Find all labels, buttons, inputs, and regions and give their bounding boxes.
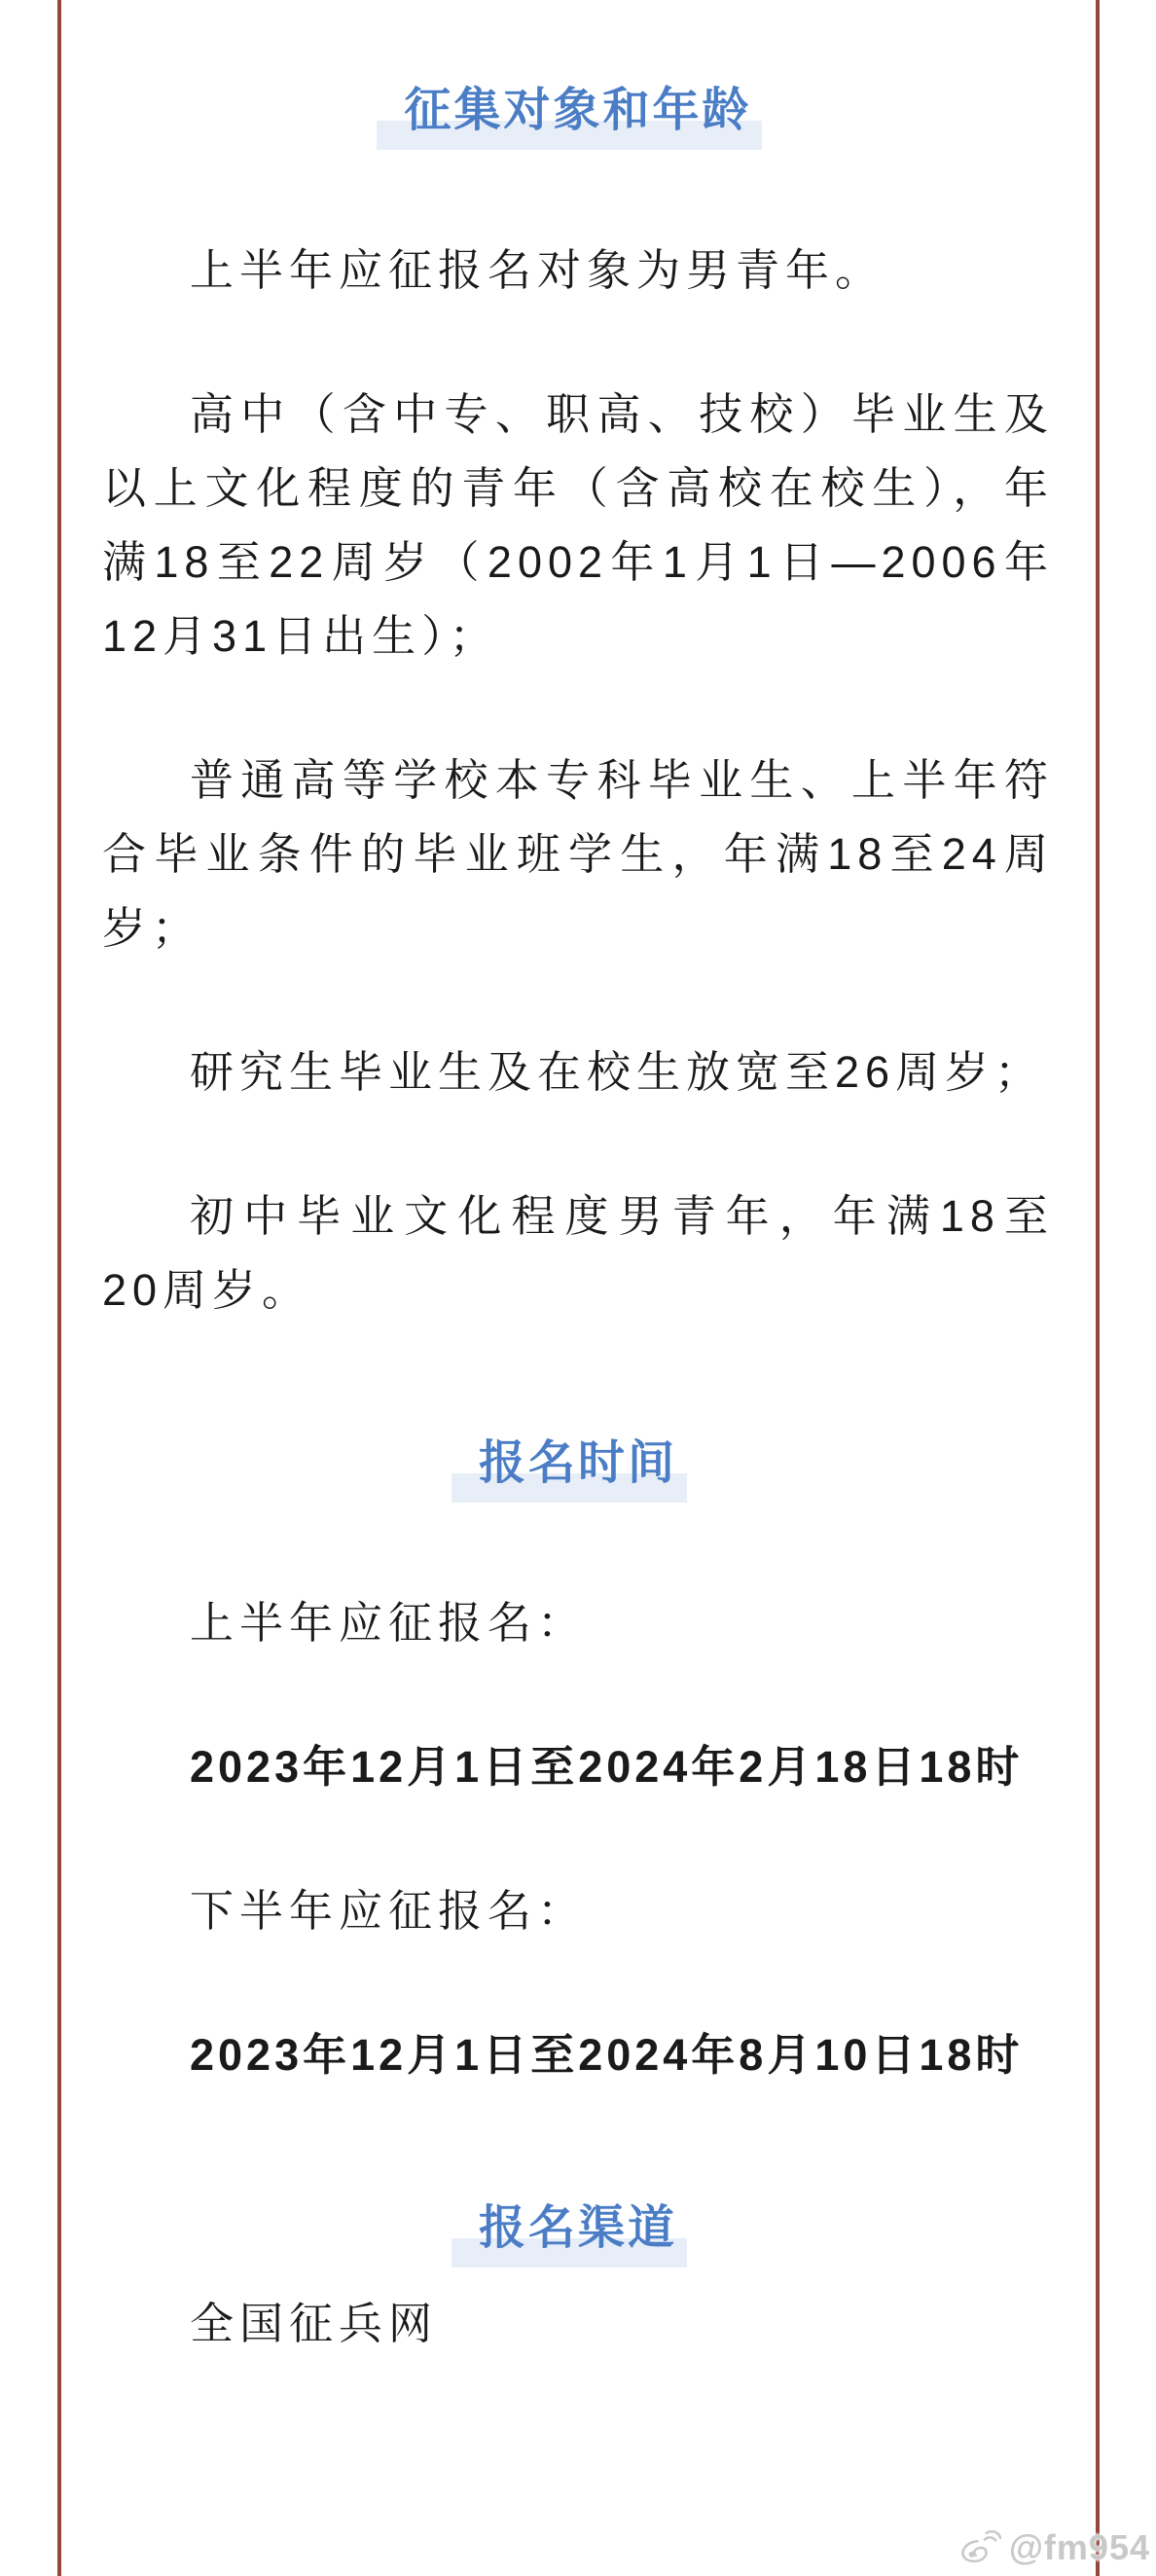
section-header-signup-channel: 报名渠道 [102,2199,1054,2258]
weibo-icon [958,2529,1001,2566]
paragraph-junior-high-age: 初中毕业文化程度男青年，年满18至20周岁。 [102,1179,1054,1327]
watermark-handle: @fm954 [1009,2527,1150,2568]
section-header-signup-time: 报名时间 [102,1434,1054,1493]
paragraph-highschool-age: 高中（含中专、职高、技校）毕业生及以上文化程度的青年（含高校在校生），年满18至… [102,378,1054,673]
paragraph-first-half-signup-dates: 2023年12月1日至2024年2月18日18时 [102,1730,1054,1804]
section-header-highlight: 报名渠道 [475,2199,681,2258]
paragraph-postgraduate-age: 研究生毕业生及在校生放宽至26周岁； [102,1035,1054,1109]
paragraph-first-half-targets: 上半年应征报名对象为男青年。 [102,234,1054,308]
paragraph-college-graduates-age: 普通高等学校本专科毕业生、上半年符合毕业条件的毕业班学生，年满18至24周岁； [102,744,1054,965]
left-border-line [57,0,61,2576]
article-content: 征集对象和年龄 上半年应征报名对象为男青年。 高中（含中专、职高、技校）毕业生及… [61,0,1095,2361]
right-border-line [1096,0,1100,2576]
watermark: @fm954 [958,2527,1150,2568]
section-header-highlight: 报名时间 [475,1434,681,1493]
paragraph-second-half-signup-dates: 2023年12月1日至2024年8月10日18时 [102,2018,1054,2092]
paragraph-first-half-signup-label: 上半年应征报名： [102,1586,1054,1660]
section-header-targets-and-age: 征集对象和年龄 [102,82,1054,140]
paragraph-second-half-signup-label: 下半年应征报名： [102,1874,1054,1948]
section-header-highlight: 征集对象和年龄 [400,82,755,140]
paragraph-national-conscription-site: 全国征兵网 [102,2287,1054,2361]
article-page: 征集对象和年龄 上半年应征报名对象为男青年。 高中（含中专、职高、技校）毕业生及… [0,0,1156,2576]
